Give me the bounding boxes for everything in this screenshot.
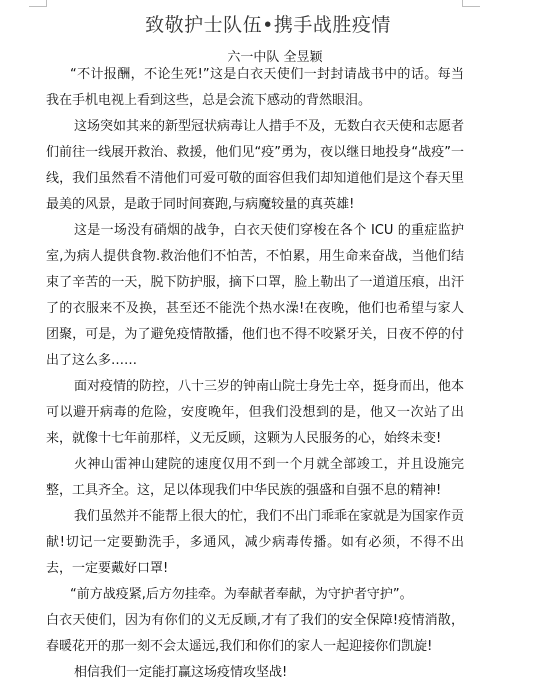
crop-mark-top-left [29, 0, 47, 7]
crop-mark-top-right [462, 0, 480, 7]
paragraph-2: 这场突如其来的新型冠状病毒让人措手不及，无数白衣天使和志愿者们前往一线展开救治、… [46, 114, 464, 218]
paragraph-9: 相信我们一定能打赢这场疫情攻坚战! [46, 660, 464, 686]
paragraph-6: 我们虽然并不能帮上很大的忙，我们不出门乖乖在家就是为国家作贡献!切记一定要勤洗手… [46, 504, 464, 582]
paragraph-3: 这是一场没有硝烟的战争，白衣天使们穿梭在各个 ICU 的重症监护室,为病人提供食… [46, 218, 464, 374]
paragraph-5: 火神山雷神山建院的速度仅用不到一个月就全部竣工，并且设施完整，工具齐全。这，足以… [46, 452, 464, 504]
paragraph-4: 面对疫情的防控，八十三岁的钟南山院士身先士卒，挺身而出，他本可以避开病毒的危险，… [46, 374, 464, 452]
paragraph-7: “前方战疫紧,后方勿挂牵。为奉献者奉献，为守护者守护”。 [46, 582, 464, 608]
document-body: “不计报酬，不论生死!”这是白衣天使们一封封请战书中的话。每当我在手机电视上看到… [46, 62, 464, 686]
document-title: 致敬护士队伍•携手战胜疫情 [0, 10, 536, 37]
paragraph-8: 白衣天使们，因为有你们的义无反顾,才有了我们的安全保障!疫情消散，春暖花开的那一… [46, 608, 464, 660]
paragraph-1: “不计报酬，不论生死!”这是白衣天使们一封封请战书中的话。每当我在手机电视上看到… [46, 62, 464, 114]
